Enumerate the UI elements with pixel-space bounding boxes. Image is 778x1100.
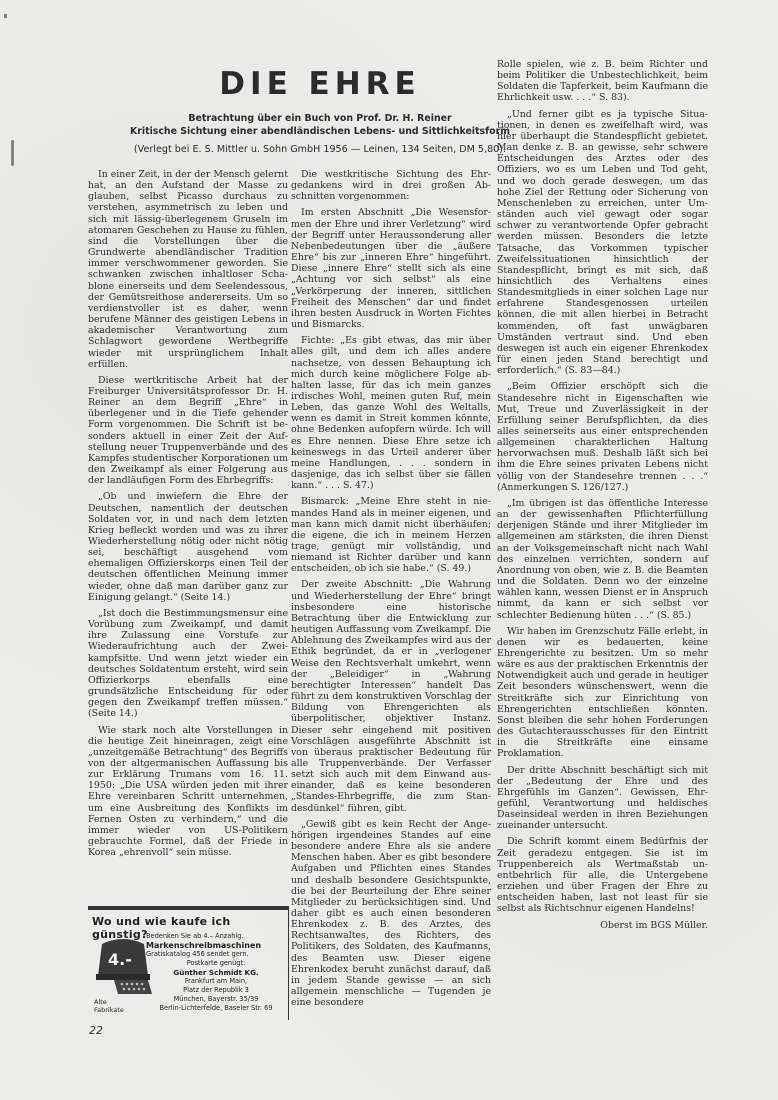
- quote-paragraph: Fichte: „Es gibt etwas, das mir über all…: [291, 335, 491, 491]
- typewriter-advertisement: Wo und wie kaufe ich günstig? 4.- Bedenk…: [88, 906, 289, 1020]
- text-column-1: In einer Zeit, in der der Mensch ge­lern…: [88, 169, 288, 863]
- quote-paragraph: „Ob und inwiefern die Ehre der Deutschen…: [88, 491, 288, 603]
- text-column-3: Rolle spielen, wie z. B. beim Richter un…: [497, 59, 708, 936]
- ad-old-brands-line: Fabrikate: [94, 1006, 124, 1014]
- paragraph: Rolle spielen, wie z. B. beim Richter un…: [497, 59, 708, 104]
- ad-line: Gratiskatalog 456 sendet gern.: [146, 950, 286, 959]
- ad-address: Berlin-Lichterfelde, Baseler Str. 69: [146, 1004, 286, 1013]
- ad-product: Markenschreibmaschinen: [146, 941, 286, 950]
- article-title: DIE EHRE: [80, 66, 520, 102]
- paragraph: Die westkritische Sichtung des Ehr­gedan…: [291, 169, 491, 202]
- ad-old-brands-line: Alte: [94, 998, 124, 1006]
- binding-mark: [11, 140, 14, 166]
- ad-line: Postkarte genügt:: [146, 959, 286, 968]
- quote-paragraph: Bismarck: „Meine Ehre steht in nie­mande…: [291, 496, 491, 574]
- paragraph: Wie stark noch alte Vorstellungen in die…: [88, 725, 288, 859]
- ad-address: Frankfurt am Main,: [146, 977, 286, 986]
- publisher-info: (Verlegt bei E. S. Mittler u. Sohn GmbH …: [80, 144, 520, 155]
- quote-paragraph: „Ist doch die Bestimmungsmensur eine Vor…: [88, 608, 288, 720]
- paragraph: In einer Zeit, in der der Mensch ge­lern…: [88, 169, 288, 370]
- subtitle-line-2: Kritische Sichtung einer abendländischen…: [120, 125, 520, 138]
- page-number: 22: [89, 1024, 103, 1037]
- quote-paragraph: „Gewiß gibt es kein Recht der Ange­hörig…: [291, 819, 491, 1009]
- paragraph: Im ersten Abschnitt „Die Wesensfor­men d…: [291, 207, 491, 330]
- quote-paragraph: „Im übrigen ist das öffentliche In­teres…: [497, 498, 708, 621]
- article-header: DIE EHRE Betrachtung über ein Buch von P…: [80, 66, 520, 155]
- typewriter-icon: 4.-: [92, 936, 154, 998]
- ad-body: Bedenken Sie ab 4.– Anzahlg. Markenschre…: [146, 932, 286, 1013]
- paragraph: Der zweite Abschnitt: „Die Wahrung und W…: [291, 579, 491, 813]
- paragraph: Wir haben im Grenzschutz Fälle er­lebt, …: [497, 626, 708, 760]
- quote-paragraph: „Beim Offizier erschöpft sich die Stande…: [497, 381, 708, 493]
- ad-address: Platz der Republik 3: [146, 986, 286, 995]
- author-signature: Oberst im BGS Müller.: [497, 920, 708, 931]
- paragraph: Der dritte Abschnitt beschäftigt sich mi…: [497, 765, 708, 832]
- article-subtitle: Betrachtung über ein Buch von Prof. Dr. …: [80, 112, 520, 138]
- ad-line: Bedenken Sie ab 4.– Anzahlg.: [146, 932, 286, 941]
- paragraph: Die Schrift kommt einem Bedürfnis der Ze…: [497, 836, 708, 914]
- subtitle-line-1: Betrachtung über ein Buch von Prof. Dr. …: [120, 112, 520, 125]
- ad-price-badge: 4.-: [108, 950, 132, 969]
- scan-mark: [4, 14, 7, 18]
- text-column-2: Die westkritische Sichtung des Ehr­gedan…: [291, 169, 491, 1013]
- ad-old-brands: Alte Fabrikate: [94, 998, 124, 1014]
- quote-paragraph: „Und ferner gibt es ja typische Situa­ti…: [497, 109, 708, 377]
- paragraph: Diese wertkritische Arbeit hat der Freib…: [88, 375, 288, 487]
- ad-address: München, Bayerstr. 35/39: [146, 995, 286, 1004]
- ad-company: Günther Schmidt KG.: [146, 968, 286, 977]
